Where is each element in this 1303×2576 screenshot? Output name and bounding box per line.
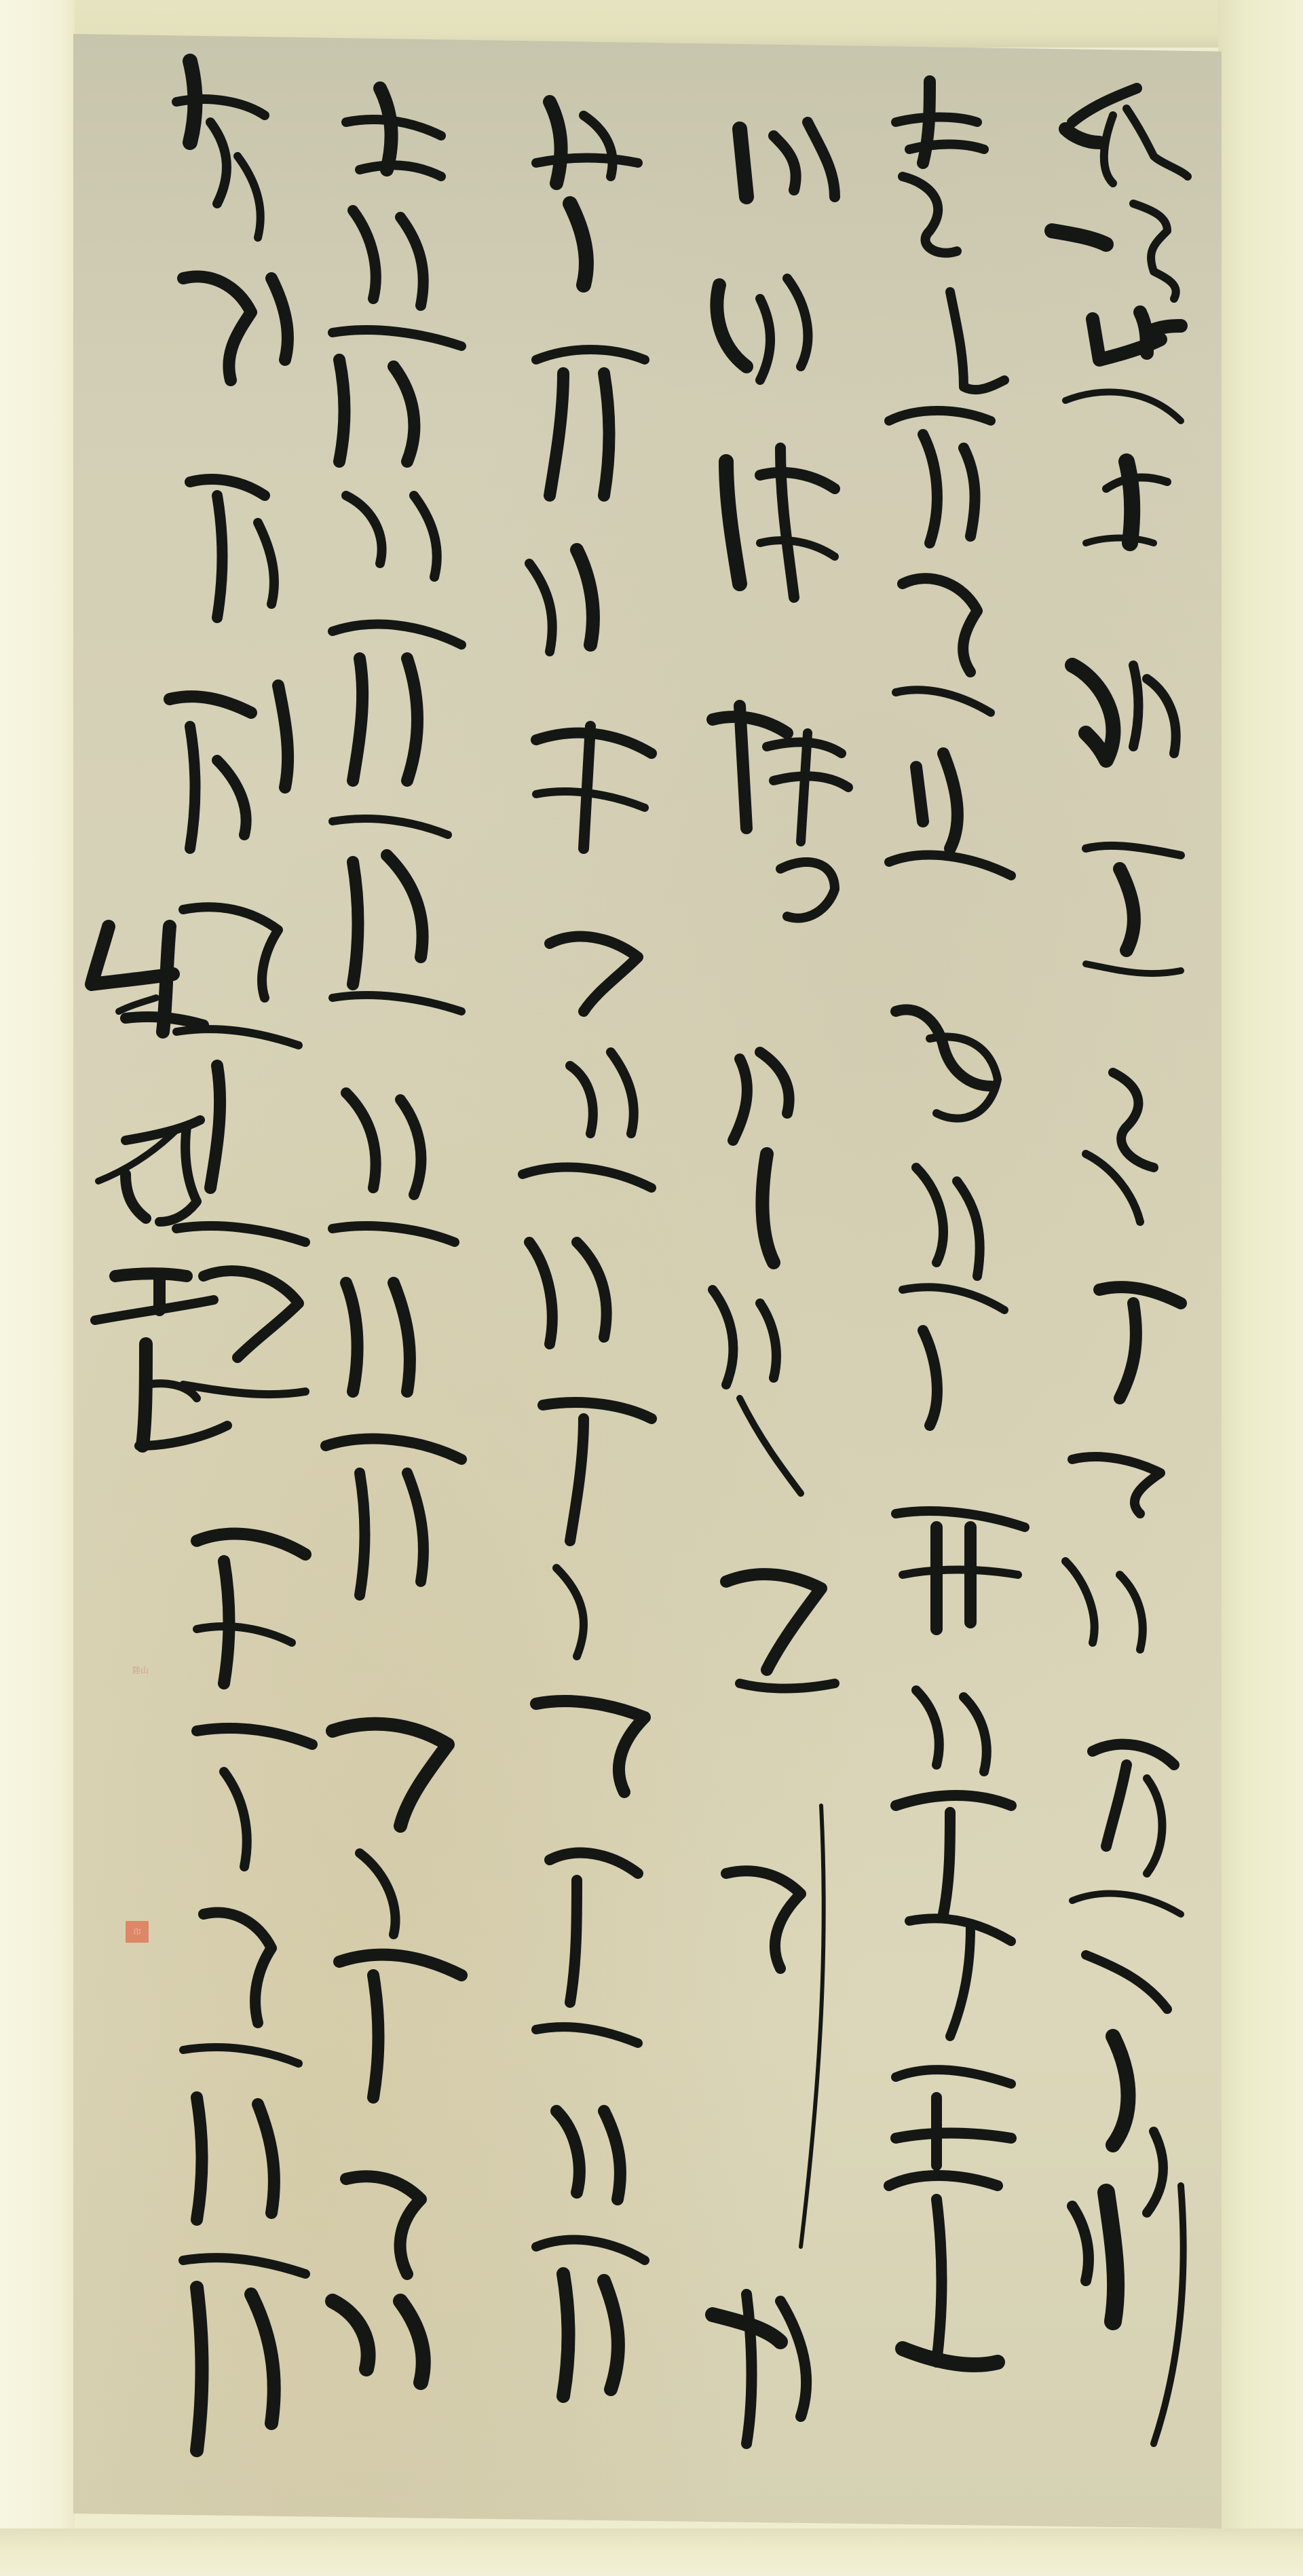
calligraphy-column-1: [1045, 68, 1208, 2484]
calligraphy-ink: 朱朗畫: [0, 0, 1303, 2576]
seal-small: 陸山: [130, 1666, 151, 1685]
seal-square: 印: [126, 1921, 149, 1943]
calligraphy-column-4: [509, 75, 672, 2457]
seal-small-text: 陸山: [132, 1666, 149, 1675]
signature: [78, 910, 234, 1520]
calligraphy-column-3: [699, 109, 862, 2457]
calligraphy-column-2: [875, 68, 1038, 2484]
seal-square-text: 印: [134, 1928, 141, 1936]
